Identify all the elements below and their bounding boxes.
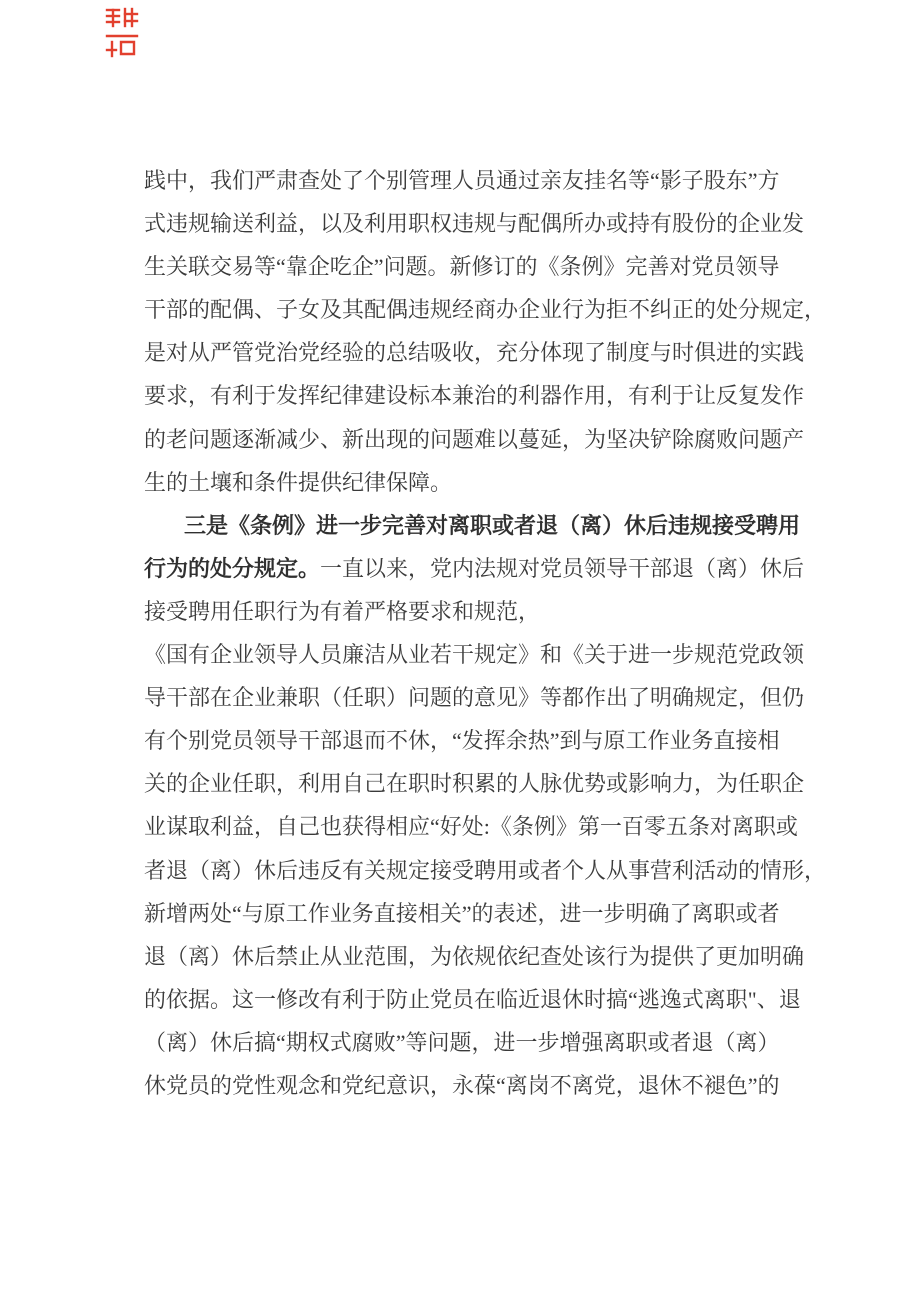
red-seal-watermark: [104, 6, 140, 60]
text-line: 生的土壤和条件提供纪律保障。: [144, 461, 824, 504]
text-line: 接受聘用任职行为有着严格要求和规范，: [144, 590, 824, 633]
text-line: 有个别党员领导干部退而不休，“发挥余热”到与原工作业务直接相: [144, 719, 824, 762]
document-body: 践中，我们严肃查处了个别管理人员通过亲友挂名等“影子股东”方式违规输送利益，以及…: [144, 159, 824, 1107]
text-line: 干部的配偶、子女及其配偶违规经商办企业行为拒不纠正的处分规定，: [144, 288, 824, 331]
text-line: 要求，有利于发挥纪律建设标本兼治的利器作用，有利于让反复发作: [144, 374, 824, 417]
text-line: 的依据。这一修改有利于防止党员在临近退休时搞“逃逸式离职"、退: [144, 978, 824, 1021]
text-line: 休党员的党性观念和党纪意识，永葆“离岗不离党，退休不褪色”的: [144, 1064, 824, 1107]
text-line: 式违规输送利益，以及利用职权违规与配偶所办或持有股份的企业发: [144, 202, 824, 245]
bold-text: 三是《条例》进一步完善对离职或者退（离）休后违规接受聘用: [184, 513, 800, 538]
text-line: 新增两处“与原工作业务直接相关”的表述，进一步明确了离职或者: [144, 892, 824, 935]
document-page: 践中，我们严肃查处了个别管理人员通过亲友挂名等“影子股东”方式违规输送利益，以及…: [0, 0, 920, 1301]
text-line: 关的企业任职，利用自己在职时积累的人脉优势或影响力，为任职企: [144, 762, 824, 805]
text-line: 退（离）休后禁止从业范围，为依规依纪查处该行为提供了更加明确: [144, 935, 824, 978]
text-line: 生关联交易等“靠企吃企”问题。新修订的《条例》完善对党员领导: [144, 245, 824, 288]
text-line: 导干部在企业兼职（任职）问题的意见》等都作出了明确规定，但仍: [144, 676, 824, 719]
text-line: 业谋取利益，自己也获得相应“好处:《条例》第一百零五条对离职或: [144, 805, 824, 848]
bold-text: 行为的处分规定。: [144, 556, 320, 581]
text-line: 三是《条例》进一步完善对离职或者退（离）休后违规接受聘用: [144, 504, 824, 547]
text-line: 者退（离）休后违反有关规定接受聘用或者个人从事营利活动的情形，: [144, 849, 824, 892]
text-line: （离）休后搞“期权式腐败”等问题，进一步增强离职或者退（离）: [144, 1021, 824, 1064]
text-line: 是对从严管党治党经验的总结吸收，充分体现了制度与时俱进的实践: [144, 331, 824, 374]
text-line: 行为的处分规定。一直以来，党内法规对党员领导干部退（离）休后: [144, 547, 824, 590]
text-line: 的老问题逐渐减少、新出现的问题难以蔓延，为坚决铲除腐败问题产: [144, 418, 824, 461]
text-line: 《国有企业领导人员廉洁从业若干规定》和《关于进一步规范党政领: [144, 633, 824, 676]
text-line: 践中，我们严肃查处了个别管理人员通过亲友挂名等“影子股东”方: [144, 159, 824, 202]
